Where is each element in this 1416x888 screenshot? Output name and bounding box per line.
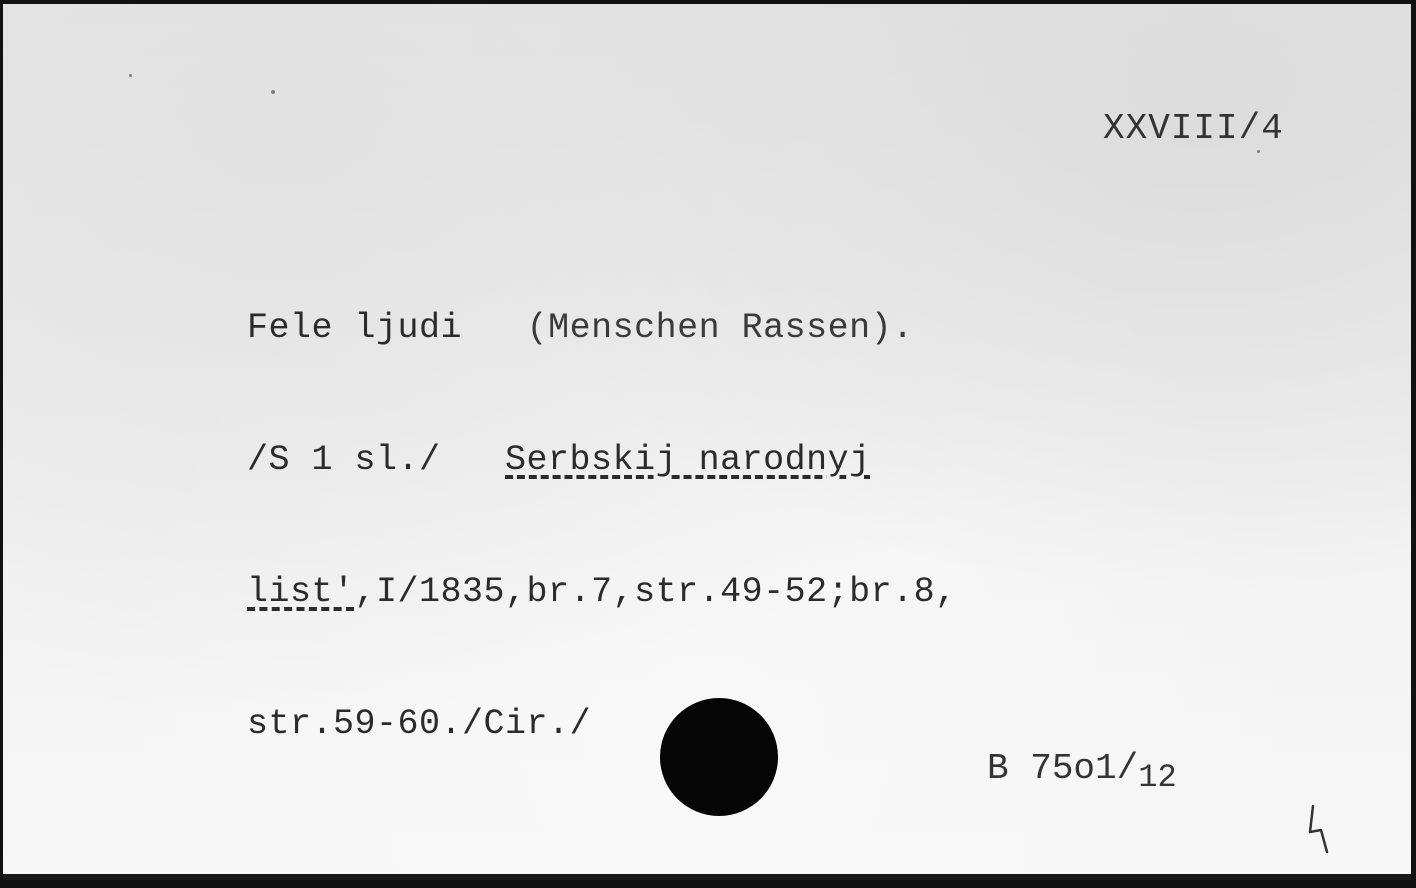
citation-continued: str.59-60.: [247, 704, 462, 744]
bracket-note: /S 1 sl./: [247, 440, 441, 480]
entry-line-3: list',I/1835,br.7,str.49-52;br.8,: [247, 570, 957, 614]
ink-speck: [1257, 150, 1260, 153]
shelf-mark-sub: 12: [1138, 759, 1176, 796]
catalog-entry: Fele ljudi (Menschen Rassen). /S 1 sl./ …: [247, 218, 957, 834]
filing-hole-icon: [660, 698, 778, 816]
shelf-mark-number: 75o1/: [1030, 748, 1138, 789]
entry-line-1: Fele ljudi (Menschen Rassen).: [247, 306, 957, 350]
catalog-card: XXVIII/4 Fele ljudi (Menschen Rassen). /…: [3, 4, 1411, 880]
source-title-continued: list': [247, 572, 355, 612]
card-edge: [3, 874, 1411, 880]
shelf-mark-prefix: B: [987, 748, 1009, 789]
script-note: /Cir./: [462, 704, 591, 744]
entry-line-4: str.59-60./Cir./: [247, 702, 957, 746]
ink-speck: [129, 74, 132, 77]
citation: ,I/1835,br.7,str.49-52;br.8,: [355, 572, 957, 612]
call-number: XXVIII/4: [1103, 108, 1284, 149]
entry-translation: (Menschen Rassen).: [527, 308, 914, 348]
source-title: Serbskij narodnyj: [505, 440, 871, 480]
shelf-mark: B 75o1/12: [987, 748, 1177, 789]
handwritten-four-icon: [1307, 804, 1337, 854]
entry-line-2: /S 1 sl./ Serbskij narodnyj: [247, 438, 957, 482]
ink-speck: [271, 90, 275, 94]
entry-title: Fele ljudi: [247, 308, 462, 348]
